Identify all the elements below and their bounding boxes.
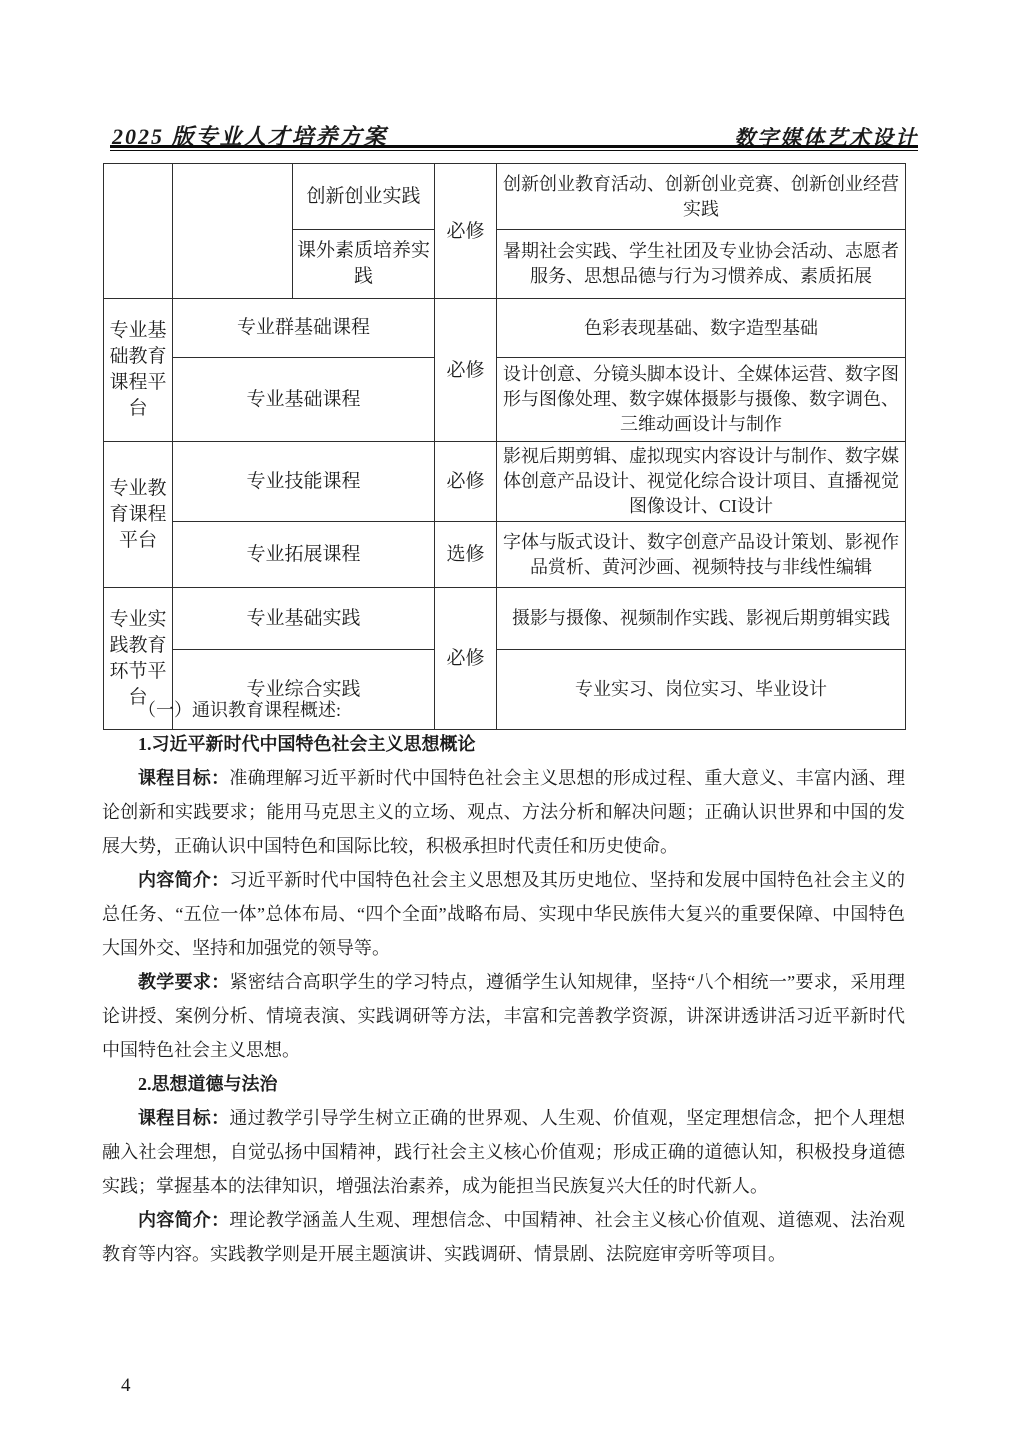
content-cell: 暑期社会实践、学生社团及专业协会活动、志愿者服务、思想品德与行为习惯养成、素质拓…	[497, 230, 906, 299]
paragraph-label: 2.思想道德与法治	[138, 1074, 278, 1094]
course-heading: 1.习近平新时代中国特色社会主义思想概论	[102, 727, 905, 761]
paragraph: 内容简介：习近平新时代中国特色社会主义思想及其历史地位、坚持和发展中国特色社会主…	[102, 863, 905, 965]
paragraph-label: 1.习近平新时代中国特色社会主义思想概论	[138, 734, 476, 754]
document-page: 2025 版专业人才培养方案 数字媒体艺术设计 创新创业实践 必修 创新创业教育…	[0, 0, 1024, 1448]
content-cell: 影视后期剪辑、虚拟现实内容设计与制作、数字媒体创意产品设计、视觉化综合设计项目、…	[497, 442, 906, 522]
page-number: 4	[121, 1375, 131, 1397]
header-divider	[110, 145, 918, 151]
content-cell: 字体与版式设计、数字创意产品设计策划、影视作品赏析、黄河沙画、视频特技与非线性编…	[497, 522, 906, 588]
mode-cell: 必修	[435, 299, 497, 442]
subgroup-cell-empty	[173, 164, 293, 299]
course-type-cell: 专业技能课程	[173, 442, 435, 522]
table-row: 专业实践教育环节平台 专业基础实践 必修 摄影与摄像、视频制作实践、影视后期剪辑…	[104, 588, 906, 650]
paragraph-label: 教学要求：	[138, 972, 230, 992]
paragraph-label: 内容简介：	[138, 870, 229, 890]
section-heading: （一）通识教育课程概述:	[102, 693, 905, 727]
mode-cell: 必修	[435, 164, 497, 299]
course-type-cell: 专业基础实践	[173, 588, 435, 650]
paragraph-label: 课程目标：	[138, 1108, 229, 1128]
paragraph: 课程目标：通过教学引导学生树立正确的世界观、人生观、价值观，坚定理想信念，把个人…	[102, 1101, 905, 1203]
table-row: 专业基础课程 设计创意、分镜头脚本设计、全媒体运营、数字图形与图像处理、数字媒体…	[104, 358, 906, 442]
course-type-cell: 专业群基础课程	[173, 299, 435, 358]
curriculum-table: 创新创业实践 必修 创新创业教育活动、创新创业竞赛、创新创业经营实践 课外素质培…	[103, 163, 906, 730]
platform-cell-empty	[104, 164, 173, 299]
mode-cell: 选修	[435, 522, 497, 588]
course-heading: 2.思想道德与法治	[102, 1067, 905, 1101]
content-cell: 设计创意、分镜头脚本设计、全媒体运营、数字图形与图像处理、数字媒体摄影与摄像、数…	[497, 358, 906, 442]
table-row: 专业基础教育课程平台 专业群基础课程 必修 色彩表现基础、数字造型基础	[104, 299, 906, 358]
course-type-cell: 专业基础课程	[173, 358, 435, 442]
paragraph: 教学要求：紧密结合高职学生的学习特点，遵循学生认知规律，坚持“八个相统一”要求，…	[102, 965, 905, 1067]
course-type-cell: 创新创业实践	[293, 164, 435, 230]
table-row: 创新创业实践 必修 创新创业教育活动、创新创业竞赛、创新创业经营实践	[104, 164, 906, 230]
paragraph-text: （一）通识教育课程概述:	[138, 700, 341, 720]
platform-cell: 专业基础教育课程平台	[104, 299, 173, 442]
paragraph: 内容简介：理论教学涵盖人生观、理想信念、中国精神、社会主义核心价值观、道德观、法…	[102, 1203, 905, 1271]
course-descriptions: （一）通识教育课程概述: 1.习近平新时代中国特色社会主义思想概论 课程目标：准…	[102, 693, 905, 1271]
content-cell: 色彩表现基础、数字造型基础	[497, 299, 906, 358]
content-cell: 创新创业教育活动、创新创业竞赛、创新创业经营实践	[497, 164, 906, 230]
paragraph-label: 课程目标：	[138, 768, 229, 788]
paragraph: 课程目标：准确理解习近平新时代中国特色社会主义思想的形成过程、重大意义、丰富内涵…	[102, 761, 905, 863]
mode-cell: 必修	[435, 442, 497, 522]
platform-cell: 专业教育课程平台	[104, 442, 173, 588]
course-type-cell: 课外素质培养实践	[293, 230, 435, 299]
course-type-cell: 专业拓展课程	[173, 522, 435, 588]
paragraph-label: 内容简介：	[138, 1210, 229, 1230]
table-row: 专业拓展课程 选修 字体与版式设计、数字创意产品设计策划、影视作品赏析、黄河沙画…	[104, 522, 906, 588]
table-row: 专业教育课程平台 专业技能课程 必修 影视后期剪辑、虚拟现实内容设计与制作、数字…	[104, 442, 906, 522]
content-cell: 摄影与摄像、视频制作实践、影视后期剪辑实践	[497, 588, 906, 650]
